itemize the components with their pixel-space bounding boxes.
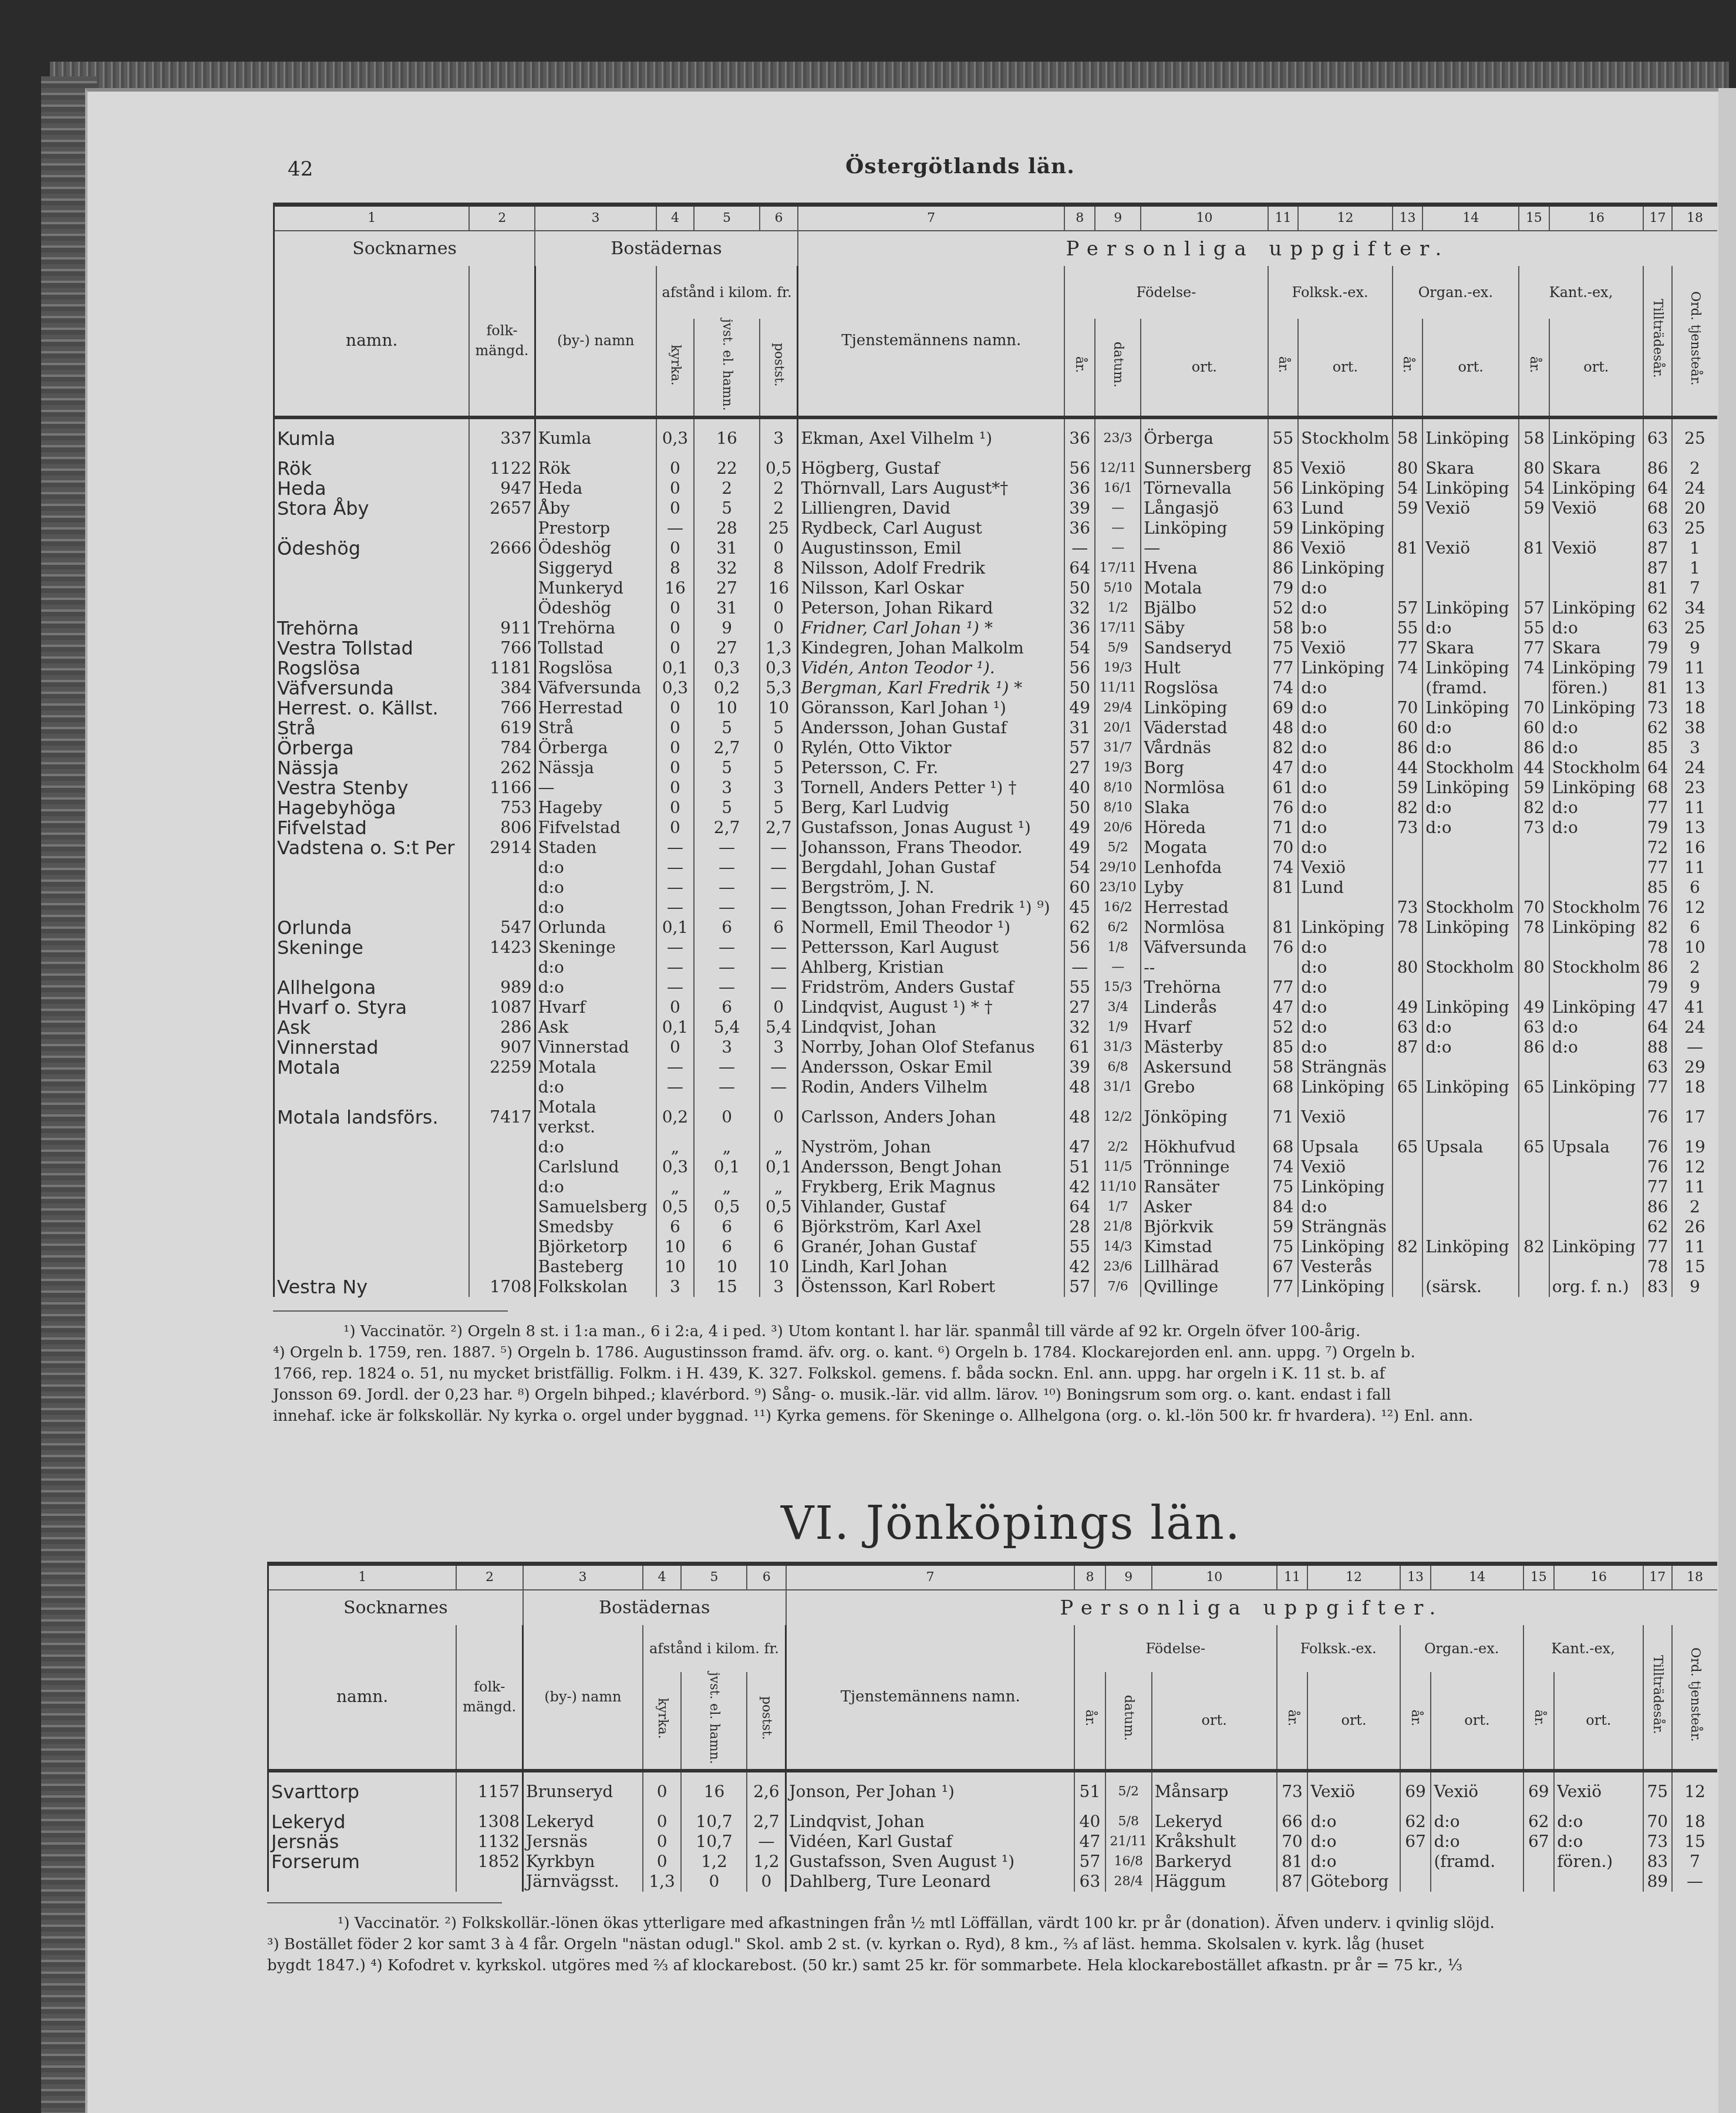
residence-name: d:o bbox=[535, 1137, 656, 1157]
ord-tjanst-years: 23 bbox=[1672, 778, 1717, 798]
table-body: Svarttorp1157Brunseryd0162,6Jonson, Per … bbox=[268, 1771, 1718, 1892]
header-afstand: afstånd i kilom. fr. bbox=[643, 1625, 786, 1672]
birth-date: 1/9 bbox=[1095, 1017, 1141, 1037]
kant-year bbox=[1519, 838, 1549, 858]
footnote-line: ¹) Vaccinatör. ²) Orgeln 8 st. i 1:a man… bbox=[273, 1321, 1711, 1342]
organ-year bbox=[1393, 1157, 1423, 1177]
ord-tjanst-years: 15 bbox=[1672, 1257, 1717, 1277]
header-ord-tjanst: Ord. tjensteår. bbox=[1685, 1647, 1705, 1742]
distance-kyrka: 0,2 bbox=[656, 1097, 694, 1137]
organ-year: 54 bbox=[1393, 478, 1423, 498]
birth-date: 16/8 bbox=[1105, 1852, 1152, 1872]
kant-place bbox=[1549, 938, 1643, 958]
organ-year: 69 bbox=[1400, 1771, 1431, 1812]
organ-place: Linköping bbox=[1422, 478, 1519, 498]
kant-place bbox=[1549, 1057, 1643, 1077]
kant-year bbox=[1519, 1257, 1549, 1277]
distance-kyrka: 0 bbox=[656, 638, 694, 658]
tilltrade-year: 76 bbox=[1643, 1097, 1672, 1137]
table-row: d:o„„„Nyström, Johan472/2Hökhufvud68Upsa… bbox=[274, 1137, 1718, 1157]
table-row: Nässja262Nässja055Petersson, C. Fr.2719/… bbox=[274, 758, 1718, 778]
residence-name: Folkskolan bbox=[535, 1277, 656, 1297]
residence-name: Nässja bbox=[535, 758, 656, 778]
parish-name bbox=[268, 1872, 457, 1892]
residence-name: Hageby bbox=[535, 798, 656, 818]
residence-name: Basteberg bbox=[535, 1257, 656, 1277]
folksk-place: Linköping bbox=[1298, 558, 1392, 578]
header-jvst: jvst. el. hamn. bbox=[717, 319, 737, 411]
column-number: 4 bbox=[656, 205, 694, 231]
residence-name: d:o bbox=[535, 978, 656, 997]
header-ort: ort. bbox=[1307, 1672, 1400, 1771]
header-ar: år. bbox=[1282, 1710, 1302, 1726]
header-namn: namn. bbox=[268, 1625, 457, 1771]
ord-tjanst-years: 11 bbox=[1672, 1177, 1717, 1197]
distance-kyrka: — bbox=[656, 838, 694, 858]
birth-place: Rogslösa bbox=[1141, 678, 1268, 698]
distance-jvst: 6 bbox=[694, 997, 760, 1017]
ord-tjanst-years: 6 bbox=[1672, 878, 1717, 898]
organ-year bbox=[1393, 978, 1423, 997]
folksk-place: d:o bbox=[1298, 578, 1392, 598]
folksk-year: 55 bbox=[1268, 417, 1299, 459]
kant-place: Linköping bbox=[1549, 1077, 1643, 1097]
kant-year bbox=[1519, 1157, 1549, 1177]
birth-place: Askersund bbox=[1141, 1057, 1268, 1077]
birth-date: 31/1 bbox=[1095, 1077, 1141, 1097]
parish-name bbox=[274, 958, 470, 978]
column-number: 5 bbox=[694, 205, 760, 231]
population: 2259 bbox=[469, 1057, 535, 1077]
organ-year: 59 bbox=[1393, 778, 1423, 798]
organ-place: Linköping bbox=[1422, 1237, 1519, 1257]
official-name: Högberg, Gustaf bbox=[798, 459, 1064, 478]
table-header: 123456789101112131415161718 Socknarnes B… bbox=[268, 1564, 1718, 1771]
ord-tjanst-years: 17 bbox=[1672, 1097, 1717, 1137]
folksk-year: 74 bbox=[1268, 858, 1299, 878]
birth-date: 2/2 bbox=[1095, 1137, 1141, 1157]
folksk-year bbox=[1268, 898, 1299, 918]
header-afstand: afstånd i kilom. fr. bbox=[656, 266, 798, 319]
residence-name: Heda bbox=[535, 478, 656, 498]
parish-name: Vadstena o. S:t Per bbox=[274, 838, 470, 858]
kant-year: 65 bbox=[1519, 1137, 1549, 1157]
birth-date: 21/8 bbox=[1095, 1217, 1141, 1237]
residence-name: Vinnerstad bbox=[535, 1037, 656, 1057]
birth-place: Mästerby bbox=[1141, 1037, 1268, 1057]
header-kyrka: kyrka. bbox=[652, 1698, 672, 1739]
header-namn: namn. bbox=[274, 266, 470, 417]
kant-place: Linköping bbox=[1549, 778, 1643, 798]
organ-place bbox=[1422, 1057, 1519, 1077]
distance-postst: 0 bbox=[747, 1872, 786, 1892]
ord-tjanst-years: 13 bbox=[1672, 818, 1717, 838]
folksk-year: 75 bbox=[1268, 1237, 1299, 1257]
table-row: Ödeshög0310Peterson, Johan Rikard321/2Bj… bbox=[274, 598, 1718, 618]
folksk-place: d:o bbox=[1307, 1852, 1400, 1872]
birth-year: 39 bbox=[1064, 1057, 1095, 1077]
birth-year: 50 bbox=[1064, 578, 1095, 598]
distance-kyrka: 0 bbox=[656, 498, 694, 518]
organ-place bbox=[1422, 518, 1519, 538]
table-row: Forserum1852Kyrkbyn01,21,2Gustafsson, Sv… bbox=[268, 1852, 1718, 1872]
organ-place bbox=[1422, 578, 1519, 598]
official-name: Jonson, Per Johan ¹) bbox=[786, 1771, 1074, 1812]
kant-place: d:o bbox=[1549, 718, 1643, 738]
kant-year bbox=[1519, 878, 1549, 898]
birth-place: Vårdnäs bbox=[1141, 738, 1268, 758]
folksk-year: 58 bbox=[1268, 1057, 1299, 1077]
official-name: Dahlberg, Ture Leonard bbox=[786, 1872, 1074, 1892]
tilltrade-year: 63 bbox=[1643, 1057, 1672, 1077]
tilltrade-year: 77 bbox=[1643, 858, 1672, 878]
distance-jvst: 9 bbox=[694, 618, 760, 638]
birth-year: 51 bbox=[1074, 1771, 1105, 1812]
table-row: Stora Åby2657Åby052Lilliengren, David39—… bbox=[274, 498, 1718, 518]
birth-place: Trönninge bbox=[1141, 1157, 1268, 1177]
organ-year: 67 bbox=[1400, 1832, 1431, 1852]
birth-date: 1/2 bbox=[1095, 598, 1141, 618]
folksk-place: Linköping bbox=[1298, 1277, 1392, 1297]
kant-year: 65 bbox=[1519, 1077, 1549, 1097]
birth-place: Sandseryd bbox=[1141, 638, 1268, 658]
ord-tjanst-years: 15 bbox=[1672, 1832, 1717, 1852]
population: 547 bbox=[469, 918, 535, 938]
folksk-place: d:o bbox=[1298, 818, 1392, 838]
distance-postst: 5 bbox=[760, 718, 798, 738]
kant-year bbox=[1523, 1872, 1555, 1892]
ord-tjanst-years: 18 bbox=[1672, 1077, 1717, 1097]
organ-place: Linköping bbox=[1422, 778, 1519, 798]
organ-year: 59 bbox=[1393, 498, 1423, 518]
distance-kyrka: — bbox=[656, 878, 694, 898]
organ-place bbox=[1422, 938, 1519, 958]
birth-place: Väfversunda bbox=[1141, 938, 1268, 958]
population bbox=[469, 1197, 535, 1217]
residence-name: Samuelsberg bbox=[535, 1197, 656, 1217]
kant-year bbox=[1519, 518, 1549, 538]
tilltrade-year: 75 bbox=[1643, 1771, 1672, 1812]
kant-place: Stockholm bbox=[1549, 958, 1643, 978]
birth-year: 51 bbox=[1064, 1157, 1095, 1177]
birth-year: 63 bbox=[1074, 1872, 1105, 1892]
residence-name: d:o bbox=[535, 898, 656, 918]
organ-place: Linköping bbox=[1422, 658, 1519, 678]
birth-year: — bbox=[1064, 538, 1095, 558]
official-name: Peterson, Johan Rikard bbox=[798, 598, 1064, 618]
residence-name: Fifvelstad bbox=[535, 818, 656, 838]
organ-year: 82 bbox=[1393, 798, 1423, 818]
header-folksk: Folksk.-ex. bbox=[1277, 1625, 1400, 1672]
population: 753 bbox=[469, 798, 535, 818]
distance-postst: 2,7 bbox=[747, 1812, 786, 1832]
folksk-year: 71 bbox=[1268, 818, 1299, 838]
distance-jvst: 6 bbox=[694, 1237, 760, 1257]
residence-name: Tollstad bbox=[535, 638, 656, 658]
column-number: 14 bbox=[1422, 205, 1519, 231]
organ-place: Stockholm bbox=[1422, 958, 1519, 978]
kant-place bbox=[1549, 1097, 1643, 1137]
birth-date: 12/11 bbox=[1095, 459, 1141, 478]
kant-place: d:o bbox=[1554, 1832, 1643, 1852]
header-postst: postst. bbox=[756, 1696, 776, 1740]
birth-place: Mogata bbox=[1141, 838, 1268, 858]
kant-year: 55 bbox=[1519, 618, 1549, 638]
residence-name: Motala verkst. bbox=[535, 1097, 656, 1137]
distance-kyrka: — bbox=[656, 1057, 694, 1077]
kant-place: Linköping bbox=[1549, 417, 1643, 459]
table-row: Hvarf o. Styra1087Hvarf060Lindqvist, Aug… bbox=[274, 997, 1718, 1017]
official-name: Andersson, Johan Gustaf bbox=[798, 718, 1064, 738]
kant-year: 81 bbox=[1519, 538, 1549, 558]
tilltrade-year: 77 bbox=[1643, 1177, 1672, 1197]
folksk-place: Vexiö bbox=[1298, 1097, 1392, 1137]
residence-name: — bbox=[535, 778, 656, 798]
distance-kyrka: 0 bbox=[643, 1852, 682, 1872]
population: 1132 bbox=[456, 1832, 523, 1852]
parish-name bbox=[274, 1157, 470, 1177]
footnote-rule bbox=[267, 1902, 502, 1903]
tilltrade-year: 88 bbox=[1643, 1037, 1672, 1057]
birth-date: 11/11 bbox=[1095, 678, 1141, 698]
folksk-year: 77 bbox=[1268, 978, 1299, 997]
population bbox=[469, 858, 535, 878]
header-ort: ort. bbox=[1549, 319, 1643, 417]
kant-place: Skara bbox=[1549, 459, 1643, 478]
folksk-year: 87 bbox=[1277, 1872, 1308, 1892]
parish-name: Vestra Stenby bbox=[274, 778, 470, 798]
birth-date: 1/7 bbox=[1095, 1197, 1141, 1217]
kant-place: Linköping bbox=[1549, 658, 1643, 678]
organ-year: 60 bbox=[1393, 718, 1423, 738]
population: 1166 bbox=[469, 778, 535, 798]
residence-name: Munkeryd bbox=[535, 578, 656, 598]
organ-place bbox=[1422, 1197, 1519, 1217]
kant-place: fören.) bbox=[1549, 678, 1643, 698]
table-row: Prestorp—2825Rydbeck, Carl August36—Link… bbox=[274, 518, 1718, 538]
residence-name: Hvarf bbox=[535, 997, 656, 1017]
organ-place: Vexiö bbox=[1422, 498, 1519, 518]
birth-place: Asker bbox=[1141, 1197, 1268, 1217]
birth-year: 36 bbox=[1064, 478, 1095, 498]
folksk-year: 67 bbox=[1268, 1257, 1299, 1277]
kant-year bbox=[1519, 1057, 1549, 1077]
table-row: Örberga784Örberga02,70Rylén, Otto Viktor… bbox=[274, 738, 1718, 758]
folksk-year: 52 bbox=[1268, 1017, 1299, 1037]
table-row: d:o———Rodin, Anders Vilhelm4831/1Grebo68… bbox=[274, 1077, 1718, 1097]
table-row: Björketorp1066Granér, Johan Gustaf5514/3… bbox=[274, 1237, 1718, 1257]
distance-jvst: 28 bbox=[694, 518, 760, 538]
distance-postst: 5,4 bbox=[760, 1017, 798, 1037]
ord-tjanst-years: 18 bbox=[1672, 1812, 1717, 1832]
table-row: Orlunda547Orlunda0,166Normell, Emil Theo… bbox=[274, 918, 1718, 938]
distance-postst: — bbox=[760, 1057, 798, 1077]
ord-tjanst-years: 7 bbox=[1672, 1852, 1717, 1872]
birth-place: Björkvik bbox=[1141, 1217, 1268, 1237]
folksk-place: d:o bbox=[1298, 938, 1392, 958]
distance-kyrka: — bbox=[656, 898, 694, 918]
tilltrade-year: 81 bbox=[1643, 678, 1672, 698]
distance-postst: 2,7 bbox=[760, 818, 798, 838]
tilltrade-year: 76 bbox=[1643, 898, 1672, 918]
footnote-line: ³) Bostället föder 2 kor samt 3 à 4 får.… bbox=[267, 1934, 1711, 1955]
birth-place: Säby bbox=[1141, 618, 1268, 638]
folksk-place: Linköping bbox=[1298, 658, 1392, 678]
footnote-line: Jonsson 69. Jordl. der 0,23 har. ⁸) Orge… bbox=[273, 1384, 1711, 1406]
column-number: 5 bbox=[681, 1564, 747, 1590]
kant-place bbox=[1549, 978, 1643, 997]
distance-kyrka: 16 bbox=[656, 578, 694, 598]
birth-date: 17/11 bbox=[1095, 558, 1141, 578]
folksk-place: Vexiö bbox=[1298, 858, 1392, 878]
organ-place: (framd. bbox=[1422, 678, 1519, 698]
ord-tjanst-years: 24 bbox=[1672, 478, 1717, 498]
birth-date: 14/3 bbox=[1095, 1237, 1141, 1257]
parish-name bbox=[274, 1177, 470, 1197]
kant-year bbox=[1519, 1197, 1549, 1217]
kant-place: Linköping bbox=[1549, 598, 1643, 618]
birth-place: Törnevalla bbox=[1141, 478, 1268, 498]
folksk-place: Linköping bbox=[1298, 1077, 1392, 1097]
official-name: Andersson, Bengt Johan bbox=[798, 1157, 1064, 1177]
ord-tjanst-years: 25 bbox=[1672, 518, 1717, 538]
residence-name: Staden bbox=[535, 838, 656, 858]
column-number: 17 bbox=[1643, 1564, 1672, 1590]
parish-name: Lekeryd bbox=[268, 1812, 457, 1832]
distance-jvst: 1,2 bbox=[681, 1852, 747, 1872]
birth-date: 5/2 bbox=[1105, 1771, 1152, 1812]
column-number: 15 bbox=[1519, 205, 1549, 231]
organ-place bbox=[1422, 1177, 1519, 1197]
folksk-year: 52 bbox=[1268, 598, 1299, 618]
parish-name bbox=[274, 598, 470, 618]
parish-name bbox=[274, 858, 470, 878]
organ-place: d:o bbox=[1422, 718, 1519, 738]
tilltrade-year: 47 bbox=[1643, 997, 1672, 1017]
parish-name: Vestra Ny bbox=[274, 1277, 470, 1297]
birth-year: 57 bbox=[1074, 1852, 1105, 1872]
distance-kyrka: 0 bbox=[656, 798, 694, 818]
parish-name: Strå bbox=[274, 718, 470, 738]
table-row: Hagebyhöga753Hageby055Berg, Karl Ludvig5… bbox=[274, 798, 1718, 818]
table-row: d:o———Ahlberg, Kristian——--d:o80Stockhol… bbox=[274, 958, 1718, 978]
distance-kyrka: „ bbox=[656, 1137, 694, 1157]
column-number: 7 bbox=[786, 1564, 1074, 1590]
parish-name bbox=[274, 558, 470, 578]
distance-jvst: 10 bbox=[694, 698, 760, 718]
organ-year: 57 bbox=[1393, 598, 1423, 618]
distance-kyrka: 0 bbox=[643, 1832, 682, 1852]
official-name: Bergström, J. N. bbox=[798, 878, 1064, 898]
parish-name: Forserum bbox=[268, 1852, 457, 1872]
birth-place: Väderstad bbox=[1141, 718, 1268, 738]
header-ar: år. bbox=[1273, 356, 1293, 373]
residence-name: Kumla bbox=[535, 417, 656, 459]
organ-year bbox=[1393, 1177, 1423, 1197]
kant-place: Stockholm bbox=[1549, 758, 1643, 778]
birth-date: 6/8 bbox=[1095, 1057, 1141, 1077]
population: 619 bbox=[469, 718, 535, 738]
ord-tjanst-years: 6 bbox=[1672, 918, 1717, 938]
column-number: 3 bbox=[523, 1564, 643, 1590]
distance-kyrka: 0,1 bbox=[656, 658, 694, 678]
distance-kyrka: — bbox=[656, 938, 694, 958]
distance-postst: 5 bbox=[760, 758, 798, 778]
population: 1708 bbox=[469, 1277, 535, 1297]
parish-name bbox=[274, 1217, 470, 1237]
folksk-year: 73 bbox=[1277, 1771, 1308, 1812]
folksk-place: d:o bbox=[1298, 698, 1392, 718]
folksk-year: 74 bbox=[1268, 678, 1299, 698]
distance-postst: 2 bbox=[760, 478, 798, 498]
parish-name: Hvarf o. Styra bbox=[274, 997, 470, 1017]
distance-jvst: 5 bbox=[694, 718, 760, 738]
table-row: Lekeryd1308Lekeryd010,72,7Lindqvist, Joh… bbox=[268, 1812, 1718, 1832]
folksk-year: 71 bbox=[1268, 1097, 1299, 1137]
table-row: Basteberg101010Lindh, Karl Johan4223/6Li… bbox=[274, 1257, 1718, 1277]
kant-year: 58 bbox=[1519, 417, 1549, 459]
column-number: 11 bbox=[1277, 1564, 1308, 1590]
population: 2914 bbox=[469, 838, 535, 858]
birth-date: 29/10 bbox=[1095, 858, 1141, 878]
organ-place: Linköping bbox=[1422, 417, 1519, 459]
folksk-year: 76 bbox=[1268, 938, 1299, 958]
tilltrade-year: 86 bbox=[1643, 958, 1672, 978]
tilltrade-year: 64 bbox=[1643, 1017, 1672, 1037]
header-bostadernas: Bostädernas bbox=[535, 231, 798, 266]
residence-name: Strå bbox=[535, 718, 656, 738]
table-row: d:o———Bengtsson, Johan Fredrik ¹) ⁹)4516… bbox=[274, 898, 1718, 918]
tilltrade-year: 63 bbox=[1643, 417, 1672, 459]
folksk-place: Linköping bbox=[1298, 1237, 1392, 1257]
organ-place: Vexiö bbox=[1431, 1771, 1523, 1812]
birth-year: 40 bbox=[1074, 1812, 1105, 1832]
distance-jvst: — bbox=[694, 878, 760, 898]
organ-year: 65 bbox=[1393, 1137, 1423, 1157]
distance-jvst: — bbox=[694, 938, 760, 958]
kant-year: 69 bbox=[1523, 1771, 1555, 1812]
official-name: Pettersson, Karl August bbox=[798, 938, 1064, 958]
table-row: Rogslösa1181Rogslösa0,10,30,3Vidén, Anto… bbox=[274, 658, 1718, 678]
birth-place: Hvarf bbox=[1141, 1017, 1268, 1037]
birth-date: 20/6 bbox=[1095, 818, 1141, 838]
tilltrade-year: 73 bbox=[1643, 698, 1672, 718]
parish-name: Jersnäs bbox=[268, 1832, 457, 1852]
distance-postst: 5,3 bbox=[760, 678, 798, 698]
parish-name: Hagebyhöga bbox=[274, 798, 470, 818]
folksk-year bbox=[1268, 958, 1299, 978]
column-number: 16 bbox=[1554, 1564, 1643, 1590]
birth-date: 8/10 bbox=[1095, 778, 1141, 798]
folksk-place: d:o bbox=[1298, 778, 1392, 798]
kant-year: 77 bbox=[1519, 638, 1549, 658]
official-name: Fridström, Anders Gustaf bbox=[798, 978, 1064, 997]
kant-place bbox=[1554, 1872, 1643, 1892]
distance-jvst: 5,4 bbox=[694, 1017, 760, 1037]
distance-jvst: — bbox=[694, 958, 760, 978]
section-title: VI. Jönköpings län. bbox=[781, 1497, 1241, 1550]
birth-year: 42 bbox=[1064, 1257, 1095, 1277]
kant-year bbox=[1519, 558, 1549, 578]
ostergotland-table: 123456789101112131415161718 Socknarnes B… bbox=[273, 203, 1717, 1297]
kant-year bbox=[1519, 1097, 1549, 1137]
folksk-place: Strängnäs bbox=[1298, 1217, 1392, 1237]
folksk-year: 81 bbox=[1277, 1852, 1308, 1872]
distance-jvst: 27 bbox=[694, 578, 760, 598]
distance-kyrka: — bbox=[656, 858, 694, 878]
folksk-place: d:o bbox=[1298, 738, 1392, 758]
header-organ: Organ.-ex. bbox=[1400, 1625, 1523, 1672]
